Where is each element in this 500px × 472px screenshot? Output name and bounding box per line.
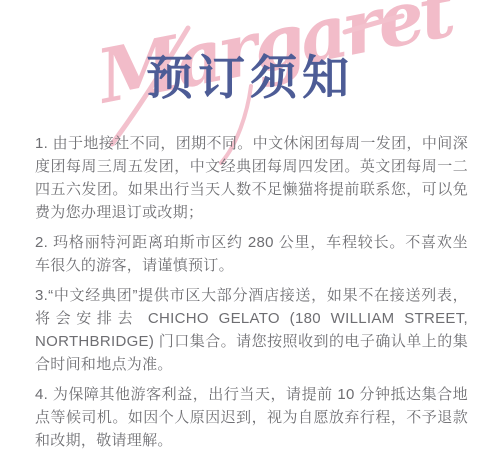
notice-paragraph-4: 4. 为保障其他游客利益，出行当天，请提前 10 分钟抵达集合地点等候司机。如因… [35, 383, 468, 452]
notice-paragraph-1: 1. 由于地接社不同，团期不同。中文休闲团每周一发团，中间深度团每周三周五发团，… [35, 132, 468, 224]
notice-paragraph-3: 3.“中文经典团”提供市区大部分酒店接送，如果不在接送列表，将会安排去 CHIC… [35, 284, 468, 376]
page-title: 预订须知 [0, 52, 500, 106]
notice-body: 1. 由于地接社不同，团期不同。中文休闲团每周一发团，中间深度团每周三周五发团，… [0, 126, 500, 452]
notice-paragraph-2: 2. 玛格丽特河距离珀斯市区约 280 公里，车程较长。不喜欢坐车很久的游客，请… [35, 231, 468, 277]
booking-notice-page: Margaret 预订须知 1. 由于地接社不同，团期不同。中文休闲团每周一发团… [0, 0, 500, 472]
notice-header: Margaret 预订须知 [0, 0, 500, 126]
